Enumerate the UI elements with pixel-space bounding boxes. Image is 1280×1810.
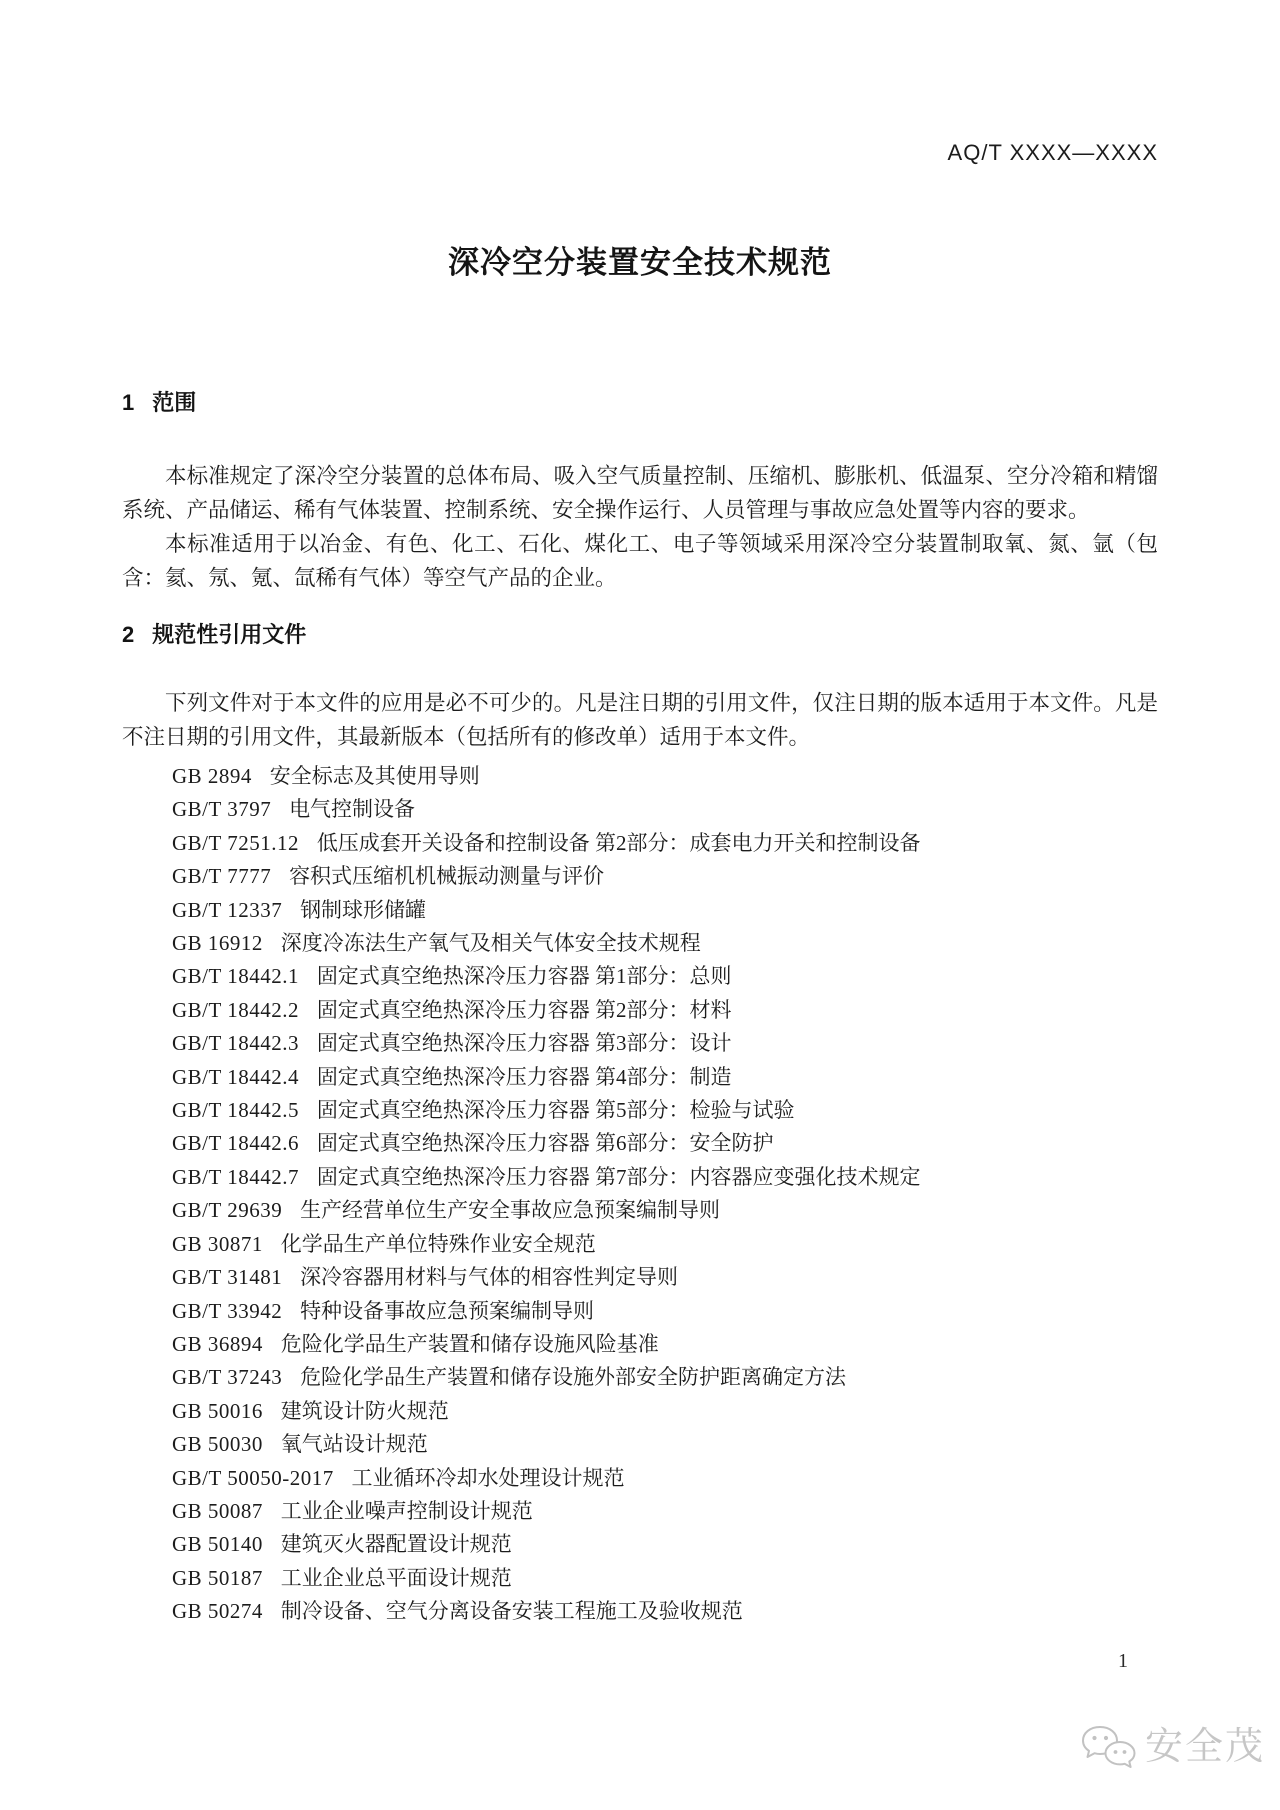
- reference-title: 钢制球形储罐: [300, 898, 426, 922]
- section-1-heading: 1范围: [122, 390, 1158, 415]
- section-1-number: 1: [122, 390, 134, 415]
- reference-title: 危险化学品生产装置和储存设施外部安全防护距离确定方法: [300, 1365, 846, 1389]
- reference-item: GB 50274制冷设备、空气分离设备安装工程施工及验收规范: [172, 1595, 1158, 1628]
- reference-item: GB/T 18442.5固定式真空绝热深冷压力容器 第5部分：检验与试验: [172, 1094, 1158, 1127]
- reference-code: GB/T 50050-2017: [172, 1462, 334, 1495]
- reference-title: 工业企业噪声控制设计规范: [281, 1499, 533, 1523]
- reference-code: GB/T 33942: [172, 1295, 282, 1328]
- reference-title: 制冷设备、空气分离设备安装工程施工及验收规范: [281, 1599, 743, 1623]
- reference-item: GB 50087工业企业噪声控制设计规范: [172, 1495, 1158, 1528]
- reference-item: GB 50016建筑设计防火规范: [172, 1395, 1158, 1428]
- reference-title: 固定式真空绝热深冷压力容器 第3部分：设计: [317, 1031, 732, 1055]
- reference-item: GB/T 18442.6固定式真空绝热深冷压力容器 第6部分：安全防护: [172, 1127, 1158, 1160]
- reference-item: GB/T 7777容积式压缩机机械振动测量与评价: [172, 860, 1158, 893]
- reference-code: GB/T 12337: [172, 894, 282, 927]
- reference-title: 建筑设计防火规范: [281, 1399, 449, 1423]
- reference-title: 固定式真空绝热深冷压力容器 第1部分：总则: [317, 964, 732, 988]
- standard-code: AQ/T XXXX—XXXX: [122, 0, 1158, 166]
- reference-title: 建筑灭火器配置设计规范: [281, 1532, 512, 1556]
- document-title: 深冷空分装置安全技术规范: [122, 246, 1158, 280]
- reference-item: GB 30871化学品生产单位特殊作业安全规范: [172, 1228, 1158, 1261]
- reference-item: GB 50187工业企业总平面设计规范: [172, 1562, 1158, 1595]
- reference-code: GB/T 18442.6: [172, 1127, 299, 1160]
- reference-title: 低压成套开关设备和控制设备 第2部分：成套电力开关和控制设备: [317, 831, 921, 855]
- reference-title: 固定式真空绝热深冷压力容器 第7部分：内容器应变强化技术规定: [317, 1165, 921, 1189]
- wechat-icon: [1080, 1722, 1138, 1772]
- section-2-title: 规范性引用文件: [152, 622, 306, 647]
- reference-item: GB/T 12337钢制球形储罐: [172, 894, 1158, 927]
- reference-item: GB/T 33942特种设备事故应急预案编制导则: [172, 1295, 1158, 1328]
- reference-code: GB 50140: [172, 1528, 263, 1561]
- scope-paragraph-2: 本标准适用于以冶金、有色、化工、石化、煤化工、电子等领域采用深冷空分装置制取氧、…: [122, 527, 1158, 595]
- reference-code: GB/T 31481: [172, 1261, 282, 1294]
- reference-title: 深度冷冻法生产氧气及相关气体安全技术规程: [281, 931, 701, 955]
- reference-item: GB/T 18442.1固定式真空绝热深冷压力容器 第1部分：总则: [172, 960, 1158, 993]
- reference-code: GB 36894: [172, 1328, 263, 1361]
- reference-title: 特种设备事故应急预案编制导则: [300, 1299, 594, 1323]
- reference-item: GB 16912深度冷冻法生产氧气及相关气体安全技术规程: [172, 927, 1158, 960]
- reference-title: 化学品生产单位特殊作业安全规范: [281, 1232, 596, 1256]
- reference-item: GB/T 3797电气控制设备: [172, 793, 1158, 826]
- reference-item: GB/T 18442.3固定式真空绝热深冷压力容器 第3部分：设计: [172, 1027, 1158, 1060]
- reference-title: 容积式压缩机机械振动测量与评价: [289, 864, 604, 888]
- reference-code: GB 50274: [172, 1595, 263, 1628]
- reference-item: GB/T 37243危险化学品生产装置和储存设施外部安全防护距离确定方法: [172, 1361, 1158, 1394]
- reference-title: 固定式真空绝热深冷压力容器 第2部分：材料: [317, 998, 732, 1022]
- reference-list: GB 2894安全标志及其使用导则 GB/T 3797电气控制设备 GB/T 7…: [122, 760, 1158, 1629]
- reference-code: GB 50016: [172, 1395, 263, 1428]
- reference-code: GB/T 29639: [172, 1194, 282, 1227]
- watermark-text: 安全茂: [1145, 1727, 1265, 1767]
- reference-item: GB/T 50050-2017工业循环冷却水处理设计规范: [172, 1462, 1158, 1495]
- reference-item: GB/T 7251.12低压成套开关设备和控制设备 第2部分：成套电力开关和控制…: [172, 827, 1158, 860]
- reference-item: GB 2894安全标志及其使用导则: [172, 760, 1158, 793]
- reference-item: GB/T 18442.7固定式真空绝热深冷压力容器 第7部分：内容器应变强化技术…: [172, 1161, 1158, 1194]
- reference-code: GB/T 37243: [172, 1361, 282, 1394]
- reference-code: GB 2894: [172, 760, 252, 793]
- reference-item: GB 50140建筑灭火器配置设计规范: [172, 1528, 1158, 1561]
- reference-title: 氧气站设计规范: [281, 1432, 428, 1456]
- reference-title: 电气控制设备: [289, 797, 415, 821]
- reference-title: 危险化学品生产装置和储存设施风险基准: [281, 1332, 659, 1356]
- reference-code: GB 30871: [172, 1228, 263, 1261]
- reference-item: GB/T 29639生产经营单位生产安全事故应急预案编制导则: [172, 1194, 1158, 1227]
- reference-title: 固定式真空绝热深冷压力容器 第4部分：制造: [317, 1065, 732, 1089]
- reference-code: GB/T 7251.12: [172, 827, 299, 860]
- reference-code: GB/T 18442.1: [172, 960, 299, 993]
- reference-item: GB 50030氧气站设计规范: [172, 1428, 1158, 1461]
- reference-code: GB 16912: [172, 927, 263, 960]
- reference-item: GB/T 31481深冷容器用材料与气体的相容性判定导则: [172, 1261, 1158, 1294]
- reference-code: GB/T 18442.3: [172, 1027, 299, 1060]
- reference-title: 固定式真空绝热深冷压力容器 第6部分：安全防护: [317, 1131, 774, 1155]
- reference-code: GB/T 7777: [172, 860, 271, 893]
- reference-item: GB/T 18442.4固定式真空绝热深冷压力容器 第4部分：制造: [172, 1061, 1158, 1094]
- reference-title: 安全标志及其使用导则: [270, 764, 480, 788]
- reference-code: GB/T 18442.7: [172, 1161, 299, 1194]
- scope-paragraph-1: 本标准规定了深冷空分装置的总体布局、吸入空气质量控制、压缩机、膨胀机、低温泵、空…: [122, 459, 1158, 527]
- reference-title: 生产经营单位生产安全事故应急预案编制导则: [300, 1198, 720, 1222]
- section-1-title: 范围: [152, 390, 196, 415]
- reference-code: GB 50087: [172, 1495, 263, 1528]
- page-number: 1: [1118, 1650, 1128, 1673]
- section-2-number: 2: [122, 622, 134, 647]
- reference-code: GB/T 18442.4: [172, 1061, 299, 1094]
- reference-item: GB 36894危险化学品生产装置和储存设施风险基准: [172, 1328, 1158, 1361]
- reference-title: 固定式真空绝热深冷压力容器 第5部分：检验与试验: [317, 1098, 795, 1122]
- document-page: AQ/T XXXX—XXXX 深冷空分装置安全技术规范 1范围 本标准规定了深冷…: [0, 0, 1280, 1810]
- reference-title: 深冷容器用材料与气体的相容性判定导则: [300, 1265, 678, 1289]
- reference-code: GB/T 3797: [172, 793, 271, 826]
- reference-item: GB/T 18442.2固定式真空绝热深冷压力容器 第2部分：材料: [172, 994, 1158, 1027]
- reference-code: GB 50030: [172, 1428, 263, 1461]
- section-2-heading: 2规范性引用文件: [122, 622, 1158, 647]
- reference-code: GB/T 18442.2: [172, 994, 299, 1027]
- reference-code: GB 50187: [172, 1562, 263, 1595]
- reference-code: GB/T 18442.5: [172, 1094, 299, 1127]
- references-intro: 下列文件对于本文件的应用是必不可少的。凡是注日期的引用文件，仅注日期的版本适用于…: [122, 686, 1158, 754]
- watermark: 安全茂: [1080, 1722, 1265, 1772]
- reference-title: 工业循环冷却水处理设计规范: [352, 1466, 625, 1490]
- reference-title: 工业企业总平面设计规范: [281, 1566, 512, 1590]
